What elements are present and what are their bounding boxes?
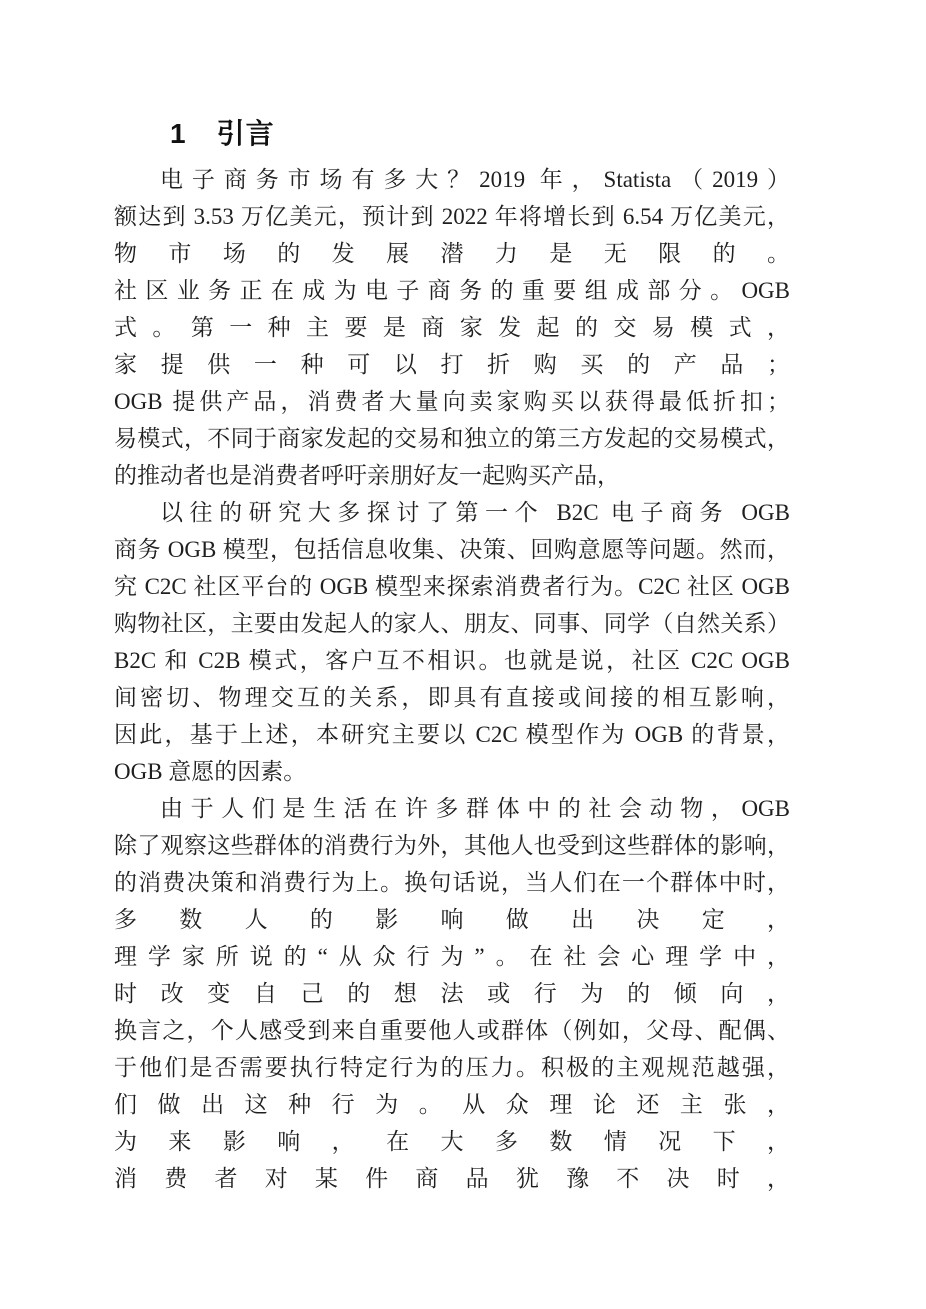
text-line: 商务 OGB 模型，包括信息收集、决策、回购意愿等问题。然而，很少有学者研	[114, 531, 790, 568]
text-line: OGB 意愿的因素。	[114, 753, 790, 790]
text-line: B2C 和 C2B 模式，客户互不相识。也就是说，社区 C2C OGB 关系是一…	[114, 642, 790, 679]
body-text: 电子商务市场有多大？2019 年，Statista（2019）发现全球零售电子商…	[114, 161, 790, 1197]
text-line: 为来影响，在大多数情况下，人们只是观察而不考虑和评估某种行为。尤其是当	[114, 1123, 790, 1160]
text-line: 购物社区，主要由发起人的家人、朋友、同事、同学（自然关系）组成，不同于	[114, 605, 790, 642]
text-line: 家提供一种可以打折购买的产品；二是独立的第三方发起的交易模式，平台为	[114, 346, 790, 383]
text-line: 易模式，不同于商家发起的交易和独立的第三方发起的交易模式，因为这种模式	[114, 420, 790, 457]
text-line: 时改变自己的想法或行为的倾向，使他们能够以与群体相似的方式思考或行为。	[114, 975, 790, 1012]
text-line: 由于人们是生活在许多群体中的社会动物，OGB 很容易引发购物的冲动。	[114, 790, 790, 827]
text-line: 除了观察这些群体的消费行为外，其他人也受到这些群体的影响，这表现在他们	[114, 827, 790, 864]
paragraph: 由于人们是生活在许多群体中的社会动物，OGB 很容易引发购物的冲动。除了观察这些…	[114, 790, 790, 1197]
text-line: 式。第一种主要是商家发起的交易模式，当消费者在限定时间内批量购买时，卖	[114, 309, 790, 346]
text-line: 于他们是否需要执行特定行为的压力。积极的主观规范越强，就越有可能促使人	[114, 1049, 790, 1086]
text-line: 换言之，个人感受到来自重要他人或群体（例如，父母、配偶、朋友和同事）关	[114, 1012, 790, 1049]
text-line: 以往的研究大多探讨了第一个 B2C 电子商务 OGB 模型或第二个 C2B 电子	[114, 494, 790, 531]
text-line: 额达到 3.53 万亿美元，预计到 2022 年将增长到 6.54 万亿美元，这…	[114, 198, 790, 235]
document-page: 1引言 电子商务市场有多大？2019 年，Statista（2019）发现全球零…	[0, 0, 926, 1309]
text-line: 的消费决策和消费行为上。换句话说，当人们在一个群体中时，他们往往会根据	[114, 864, 790, 901]
text-line: 究 C2C 社区平台的 OGB 模型来探索消费者行为。C2C 社区 OGB 平台…	[114, 568, 790, 605]
text-line: 间密切、物理交互的关系，即具有直接或间接的相互影响，进而影响 OGB 意向。	[114, 679, 790, 716]
section-number: 1	[170, 114, 187, 154]
text-line: 的推动者也是消费者呼吁亲朋好友一起购买产品，要求卖家提供折扣价。	[114, 457, 790, 494]
text-line: 消费者对某件商品犹豫不决时，他们往往会从购买过此类商品的群体中寻找相关	[114, 1160, 790, 1197]
text-line: 社区业务正在成为电子商务的重要组成部分。OGB 市场中经常出现三种商业模	[114, 272, 790, 309]
section-heading: 1引言	[170, 114, 275, 154]
paragraph: 以往的研究大多探讨了第一个 B2C 电子商务 OGB 模型或第二个 C2B 电子…	[114, 494, 790, 790]
text-line: 电子商务市场有多大？2019 年，Statista（2019）发现全球零售电子商…	[114, 161, 790, 198]
text-line: 多数人的影响做出决定，并且会不加考虑地遵循多数人的思想或行为，这就是心	[114, 901, 790, 938]
text-line: 们做出这种行为。从众理论还主张，人们当前的行为可以通过观察他人以前的行	[114, 1086, 790, 1123]
section-title: 引言	[217, 118, 275, 149]
paragraph: 电子商务市场有多大？2019 年，Statista（2019）发现全球零售电子商…	[114, 161, 790, 494]
text-line: 因此，基于上述，本研究主要以 C2C 模型作为 OGB 的背景，探讨影响消费者	[114, 716, 790, 753]
text-line: 物市场的发展潜力是无限的。随着网络应用越来越面向生活，“网上团购（OGB）”	[114, 235, 790, 272]
text-line: OGB 提供产品，消费者大量向卖家购买以获得最低折扣；三是消费者发起的交	[114, 383, 790, 420]
text-line: 理学家所说的“从众行为”。在社会心理学中，从众行为是指个体在面对同侪压力	[114, 938, 790, 975]
